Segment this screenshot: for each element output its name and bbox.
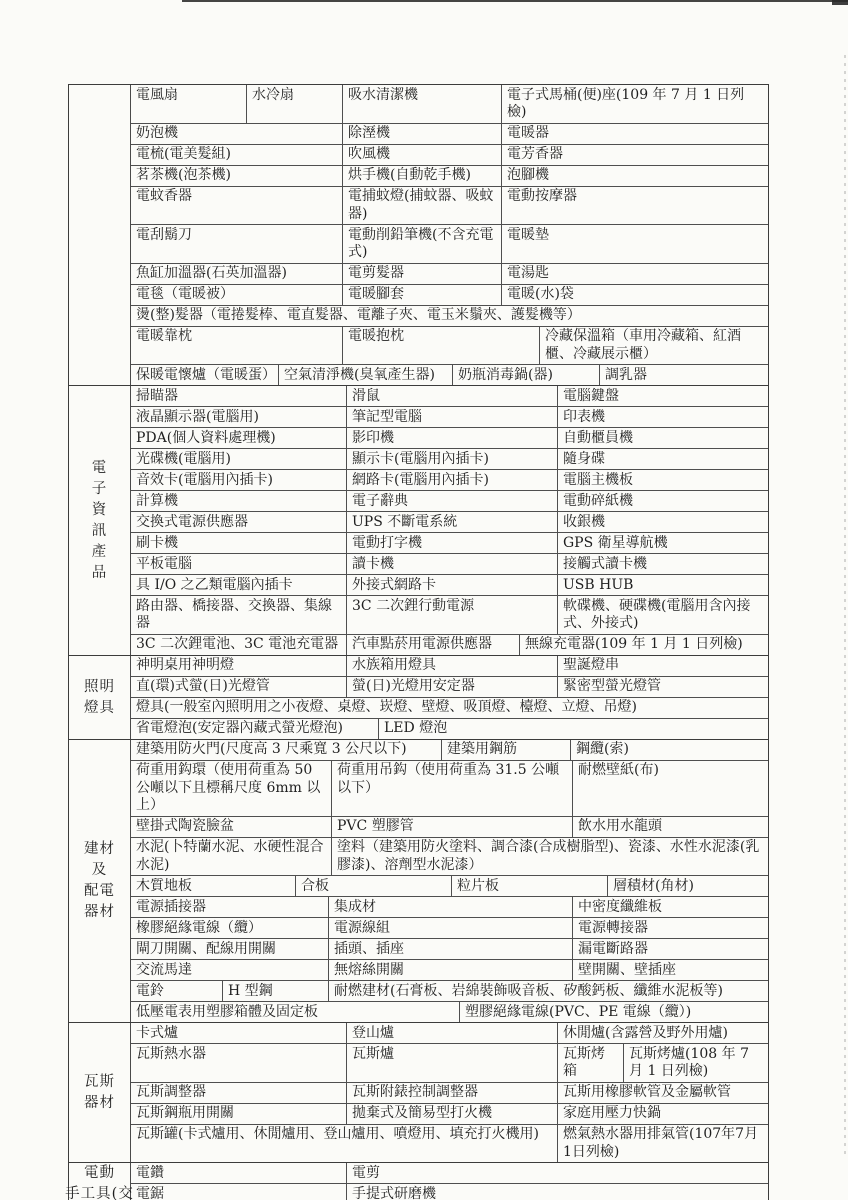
table-cell: 自動櫃員機	[557, 428, 768, 448]
table-cell: 耐燃建材(石膏板、岩綿裝飾吸音板、矽酸鈣板、纖維水泥板等)	[328, 981, 768, 1001]
table-cell: 神明桌用神明燈	[131, 656, 346, 676]
table-cell: 掃瞄器	[131, 386, 346, 406]
table-cell: 電鋸	[131, 1184, 346, 1200]
table-section: 電動手工具(交電鑽電剪電鋸手提式研磨機	[69, 1162, 768, 1200]
table-cell: 除溼機	[342, 124, 501, 144]
section-rows: 建築用防火門(尺度高 3 尺乘寬 3 公尺以下)建築用鋼筋鋼纜(索)荷重用鈎環（…	[131, 740, 768, 1023]
table-cell: 水冷扇	[246, 85, 342, 123]
table-cell: 電毯（電暖被）	[131, 285, 342, 305]
table-row: 木質地板合板粒片板層積材(角材)	[131, 875, 768, 896]
table-cell: 魚缸加溫器(石英加溫器)	[131, 264, 342, 284]
table-cell: 瓦斯烤爐(108 年 7 月 1 日列檢)	[623, 1044, 768, 1082]
table-cell: 低壓電表用塑膠箱體及固定板	[131, 1002, 459, 1022]
table-row: 卡式爐登山爐休閒爐(含露營及野外用爐)	[131, 1023, 768, 1043]
table-cell: 緊密型螢光燈管	[557, 677, 768, 697]
table-cell: 瓦斯附錶控制調整器	[346, 1083, 557, 1103]
table-row: 平板電腦讀卡機接觸式讀卡機	[131, 553, 768, 574]
table-cell: 顯示卡(電腦用內插卡)	[346, 449, 557, 469]
table-cell: 無熔絲開關	[328, 960, 572, 980]
table-cell: 空氣清淨機(臭氧產生器)	[278, 365, 452, 385]
table-row: 光碟機(電腦用)顯示卡(電腦用內插卡)隨身碟	[131, 448, 768, 469]
table-cell: 電鈴	[131, 981, 222, 1001]
table-cell: 汽車點菸用電源供應器	[346, 635, 519, 655]
section-rows: 卡式爐登山爐休閒爐(含露營及野外用爐)瓦斯熱水器瓦斯爐瓦斯烤箱瓦斯烤爐(108 …	[131, 1023, 768, 1162]
table-cell: 隨身碟	[557, 449, 768, 469]
category-label-line: 產	[92, 543, 108, 561]
table-row: 3C 二次鋰電池、3C 電池充電器汽車點菸用電源供應器無線充電器(109 年 1…	[131, 634, 768, 655]
product-table: 電風扇水冷扇吸水清潔機電子式馬桶(便)座(109 年 7 月 1 日列檢)奶泡機…	[68, 84, 769, 1200]
table-cell: 耐燃壁紙(布)	[572, 761, 768, 816]
table-cell: 電芳香器	[501, 145, 768, 165]
category-label-line: 資	[92, 501, 108, 519]
category-label-line: 瓦斯	[84, 1073, 115, 1091]
table-cell: 閘刀開關、配線用開關	[131, 939, 328, 959]
table-cell: 水泥(卜特蘭水泥、水硬性混合水泥)	[131, 838, 331, 876]
table-row: 電鑽電剪	[131, 1163, 768, 1183]
table-row: 省電燈泡(安定器內藏式螢光燈泡)LED 燈泡	[131, 718, 768, 739]
table-section: 電風扇水冷扇吸水清潔機電子式馬桶(便)座(109 年 7 月 1 日列檢)奶泡機…	[69, 85, 768, 385]
table-cell: 影印機	[346, 428, 557, 448]
table-cell: 電動削鉛筆機(不含充電式)	[342, 225, 501, 263]
table-cell: PDA(個人資料處理機)	[131, 428, 346, 448]
table-cell: 登山爐	[346, 1023, 557, 1043]
table-cell: 電暖腳套	[342, 285, 501, 305]
table-row: 茗茶機(泡茶機)烘手機(自動乾手機)泡腳機	[131, 165, 768, 186]
table-cell: 茗茶機(泡茶機)	[131, 166, 342, 186]
table-row: 保暖電懷爐（電暖蛋）空氣清淨機(臭氧產生器)奶瓶消毒鍋(器)調乳器	[131, 364, 768, 385]
table-cell: 直(環)式螢(日)光燈管	[131, 677, 346, 697]
table-section: 建材及配電器材建築用防火門(尺度高 3 尺乘寬 3 公尺以下)建築用鋼筋鋼纜(索…	[69, 739, 768, 1023]
table-row: 閘刀開關、配線用開關插頭、插座漏電斷路器	[131, 938, 768, 959]
table-row: 荷重用鈎環（使用荷重為 50 公噸以下且標稱尺度 6mm 以上）荷重用吊鈎（使用…	[131, 760, 768, 816]
table-cell: 電湯匙	[501, 264, 768, 284]
table-cell: 層積材(角材)	[607, 876, 768, 896]
table-row: 燈具(一般室內照明用之小夜燈、桌燈、崁燈、壁燈、吸頂燈、檯燈、立燈、吊燈)	[131, 697, 768, 718]
table-cell: 飲水用水龍頭	[572, 817, 768, 837]
table-cell: 交換式電源供應器	[131, 512, 346, 532]
table-cell: 聖誕燈串	[557, 656, 768, 676]
table-row: 路由器、橋接器、交換器、集線器3C 二次鋰行動電源軟碟機、硬碟機(電腦用含內接式…	[131, 595, 768, 634]
table-cell: 電源線組	[328, 918, 572, 938]
table-section: 照明燈具神明桌用神明燈水族箱用燈具聖誕燈串直(環)式螢(日)光燈管螢(日)光燈用…	[69, 655, 768, 739]
table-cell: 電刮鬍刀	[131, 225, 342, 263]
section-rows: 神明桌用神明燈水族箱用燈具聖誕燈串直(環)式螢(日)光燈管螢(日)光燈用安定器緊…	[131, 656, 768, 739]
table-cell: 外接式網路卡	[346, 575, 557, 595]
table-row: 神明桌用神明燈水族箱用燈具聖誕燈串	[131, 656, 768, 676]
table-row: 液晶顯示器(電腦用)筆記型電腦印表機	[131, 406, 768, 427]
table-cell: 電暖靠枕	[131, 327, 342, 365]
table-cell: 電動打字機	[346, 533, 557, 553]
table-cell: 滑鼠	[346, 386, 557, 406]
table-cell: 交流馬達	[131, 960, 328, 980]
table-cell: 瓦斯罐(卡式爐用、休閒爐用、登山爐用、噴燈用、填充打火機用)	[131, 1125, 557, 1163]
table-cell: 3C 二次鋰行動電源	[346, 596, 557, 634]
table-row: 電蚊香器電捕蚊燈(捕蚊器、吸蚊器)電動按摩器	[131, 186, 768, 225]
table-cell: 液晶顯示器(電腦用)	[131, 407, 346, 427]
table-cell: 壁開關、壁插座	[572, 960, 768, 980]
table-section: 瓦斯器材卡式爐登山爐休閒爐(含露營及野外用爐)瓦斯熱水器瓦斯爐瓦斯烤箱瓦斯烤爐(…	[69, 1022, 768, 1162]
table-cell: GPS 衛星導航機	[557, 533, 768, 553]
table-row: 水泥(卜特蘭水泥、水硬性混合水泥)塗料（建築用防火塗料、調合漆(合成樹脂型)、瓷…	[131, 837, 768, 876]
table-row: 電鋸手提式研磨機	[131, 1183, 768, 1200]
table-row: 低壓電表用塑膠箱體及固定板塑膠絕緣電線(PVC、PE 電線（纜）)	[131, 1001, 768, 1022]
category-cell: 電動手工具(交	[69, 1163, 131, 1200]
table-cell: 電剪	[346, 1163, 768, 1183]
table-cell: 電暖墊	[501, 225, 768, 263]
table-cell: 電鑽	[131, 1163, 346, 1183]
table-cell: 讀卡機	[346, 554, 557, 574]
table-cell: 手提式研磨機	[346, 1184, 768, 1200]
table-cell: 烘手機(自動乾手機)	[342, 166, 501, 186]
table-cell: 水族箱用燈具	[346, 656, 557, 676]
table-row: 刷卡機電動打字機GPS 衛星導航機	[131, 532, 768, 553]
table-cell: 電暖(水)袋	[501, 285, 768, 305]
table-cell: 網路卡(電腦用內插卡)	[346, 470, 557, 490]
category-label-line: 器材	[84, 903, 115, 921]
table-cell: 電蚊香器	[131, 187, 342, 225]
table-row: 奶泡機除溼機電暖器	[131, 123, 768, 144]
table-cell: 塗料（建築用防火塗料、調合漆(合成樹脂型)、瓷漆、水性水泥漆(乳膠漆)、溶劑型水…	[331, 838, 768, 876]
section-rows: 掃瞄器滑鼠電腦鍵盤液晶顯示器(電腦用)筆記型電腦印表機PDA(個人資料處理機)影…	[131, 386, 768, 655]
table-cell: 電腦主機板	[557, 470, 768, 490]
table-cell: 瓦斯爐	[346, 1044, 557, 1082]
table-cell: 刷卡機	[131, 533, 346, 553]
table-cell: 路由器、橋接器、交換器、集線器	[131, 596, 346, 634]
table-row: 電暖靠枕電暖抱枕冷藏保溫箱（車用冷藏箱、紅酒櫃、冷藏展示櫃）	[131, 326, 768, 365]
table-cell: 中密度纖維板	[572, 897, 768, 917]
table-cell: 荷重用吊鈎（使用荷重為 31.5 公噸以下）	[331, 761, 572, 816]
table-cell: 印表機	[557, 407, 768, 427]
table-cell: 省電燈泡(安定器內藏式螢光燈泡)	[131, 719, 378, 739]
table-cell: 冷藏保溫箱（車用冷藏箱、紅酒櫃、冷藏展示櫃）	[539, 327, 768, 365]
scanned-document-page: 電風扇水冷扇吸水清潔機電子式馬桶(便)座(109 年 7 月 1 日列檢)奶泡機…	[0, 0, 848, 1200]
table-cell: 電子式馬桶(便)座(109 年 7 月 1 日列檢)	[501, 85, 768, 123]
table-cell: 電動碎紙機	[557, 491, 768, 511]
table-cell: 荷重用鈎環（使用荷重為 50 公噸以下且標稱尺度 6mm 以上）	[131, 761, 331, 816]
category-cell: 建材及配電器材	[69, 740, 131, 1023]
table-cell: UPS 不斷電系統	[346, 512, 557, 532]
table-section: 電子資訊產品掃瞄器滑鼠電腦鍵盤液晶顯示器(電腦用)筆記型電腦印表機PDA(個人資…	[69, 385, 768, 655]
table-cell: 集成材	[328, 897, 572, 917]
table-cell: 泡腳機	[501, 166, 768, 186]
table-cell: 燈具(一般室內照明用之小夜燈、桌燈、崁燈、壁燈、吸頂燈、檯燈、立燈、吊燈)	[131, 698, 768, 718]
category-cell: 瓦斯器材	[69, 1023, 131, 1162]
table-cell: 調乳器	[599, 365, 768, 385]
table-cell: 吸水清潔機	[342, 85, 501, 123]
table-cell: 收銀機	[557, 512, 768, 532]
table-row: 具 I/O 之乙類電腦內插卡外接式網路卡USB HUB	[131, 574, 768, 595]
table-cell: 電源插接器	[131, 897, 328, 917]
scan-corner-artifact	[832, 0, 848, 5]
table-cell: 平板電腦	[131, 554, 346, 574]
table-cell: 電動按摩器	[501, 187, 768, 225]
table-cell: 軟碟機、硬碟機(電腦用含內接式、外接式)	[557, 596, 768, 634]
table-cell: 具 I/O 之乙類電腦內插卡	[131, 575, 346, 595]
table-row: 瓦斯鋼瓶用開關拋棄式及簡易型打火機家庭用壓力快鍋	[131, 1103, 768, 1124]
table-cell: 電剪髮器	[342, 264, 501, 284]
category-label-line: 訊	[92, 522, 108, 540]
table-cell: LED 燈泡	[378, 719, 768, 739]
table-cell: 電暖抱枕	[342, 327, 539, 365]
table-row: 瓦斯調整器瓦斯附錶控制調整器瓦斯用橡膠軟管及金屬軟管	[131, 1082, 768, 1103]
table-cell: 計算機	[131, 491, 346, 511]
table-cell: 電捕蚊燈(捕蚊器、吸蚊器)	[342, 187, 501, 225]
table-row: 電風扇水冷扇吸水清潔機電子式馬桶(便)座(109 年 7 月 1 日列檢)	[131, 85, 768, 123]
table-cell: 螢(日)光燈用安定器	[346, 677, 557, 697]
table-cell: 拋棄式及簡易型打火機	[346, 1104, 557, 1124]
table-cell: 橡膠絕緣電線（纜）	[131, 918, 328, 938]
table-cell: 瓦斯調整器	[131, 1083, 346, 1103]
table-cell: 瓦斯烤箱	[557, 1044, 623, 1082]
table-cell: 電梳(電美髮組)	[131, 145, 342, 165]
table-cell: 電源轉接器	[572, 918, 768, 938]
section-rows: 電鑽電剪電鋸手提式研磨機	[131, 1163, 768, 1200]
table-cell: 卡式爐	[131, 1023, 346, 1043]
category-label-line: 照明	[84, 678, 115, 696]
scan-streak-right	[844, 55, 846, 1155]
category-cell: 電子資訊產品	[69, 386, 131, 655]
table-cell: 漏電斷路器	[572, 939, 768, 959]
table-cell: 電腦鍵盤	[557, 386, 768, 406]
table-row: 電鈴H 型鋼耐燃建材(石膏板、岩綿裝飾吸音板、矽酸鈣板、纖維水泥板等)	[131, 980, 768, 1001]
table-row: 電梳(電美髮組)吹風機電芳香器	[131, 144, 768, 165]
table-row: 交流馬達無熔絲開關壁開關、壁插座	[131, 959, 768, 980]
table-cell: 家庭用壓力快鍋	[557, 1104, 768, 1124]
table-cell: 燃氣熱水器用排氣管(107年7月1日列檢)	[557, 1125, 768, 1163]
table-cell: 瓦斯鋼瓶用開關	[131, 1104, 346, 1124]
category-label-line: 子	[92, 480, 108, 498]
category-cell: 照明燈具	[69, 656, 131, 739]
table-row: 橡膠絕緣電線（纜）電源線組電源轉接器	[131, 917, 768, 938]
table-cell: H 型鋼	[222, 981, 328, 1001]
table-cell: 3C 二次鋰電池、3C 電池充電器	[131, 635, 346, 655]
table-row: 燙(整)髮器（電捲髮棒、電直髮器、電離子夾、電玉米鬚夾、護髮機等）	[131, 305, 768, 326]
scan-edge-top-line	[182, 0, 848, 2]
table-cell: 接觸式讀卡機	[557, 554, 768, 574]
table-row: 電毯（電暖被）電暖腳套電暖(水)袋	[131, 284, 768, 305]
table-row: 魚缸加溫器(石英加溫器)電剪髮器電湯匙	[131, 263, 768, 284]
table-cell: 光碟機(電腦用)	[131, 449, 346, 469]
category-label-line: 燈具	[84, 699, 115, 717]
section-rows: 電風扇水冷扇吸水清潔機電子式馬桶(便)座(109 年 7 月 1 日列檢)奶泡機…	[131, 85, 768, 385]
table-row: 交換式電源供應器UPS 不斷電系統收銀機	[131, 511, 768, 532]
category-label-line: 品	[92, 564, 108, 582]
table-cell: 電暖器	[501, 124, 768, 144]
table-cell: 音效卡(電腦用內插卡)	[131, 470, 346, 490]
table-cell: 電風扇	[131, 85, 246, 123]
table-cell: 吹風機	[342, 145, 501, 165]
table-cell: 奶瓶消毒鍋(器)	[452, 365, 599, 385]
category-label-line: 配電	[84, 882, 115, 900]
table-cell: PVC 塑膠管	[331, 817, 572, 837]
category-label-line: 建材	[84, 840, 115, 858]
table-cell: 休閒爐(含露營及野外用爐)	[557, 1023, 768, 1043]
table-cell: 建築用鋼筋	[441, 740, 570, 760]
table-cell: 無線充電器(109 年 1 月 1 日列檢)	[519, 635, 768, 655]
table-row: PDA(個人資料處理機)影印機自動櫃員機	[131, 427, 768, 448]
table-cell: 塑膠絕緣電線(PVC、PE 電線（纜）)	[459, 1002, 768, 1022]
table-cell: 保暖電懷爐（電暖蛋）	[131, 365, 278, 385]
table-row: 建築用防火門(尺度高 3 尺乘寬 3 公尺以下)建築用鋼筋鋼纜(索)	[131, 740, 768, 760]
table-row: 計算機電子辭典電動碎紙機	[131, 490, 768, 511]
category-label-line: 手工具(交	[65, 1185, 134, 1200]
table-cell: 燙(整)髮器（電捲髮棒、電直髮器、電離子夾、電玉米鬚夾、護髮機等）	[131, 306, 768, 326]
table-row: 壁掛式陶瓷臉盆PVC 塑膠管飲水用水龍頭	[131, 816, 768, 837]
table-cell: USB HUB	[557, 575, 768, 595]
table-cell: 電子辭典	[346, 491, 557, 511]
category-cell	[69, 85, 131, 385]
table-row: 直(環)式螢(日)光燈管螢(日)光燈用安定器緊密型螢光燈管	[131, 676, 768, 697]
table-cell: 木質地板	[131, 876, 295, 896]
table-cell: 粒片板	[451, 876, 607, 896]
table-cell: 筆記型電腦	[346, 407, 557, 427]
table-row: 電刮鬍刀電動削鉛筆機(不含充電式)電暖墊	[131, 224, 768, 263]
table-cell: 鋼纜(索)	[570, 740, 768, 760]
table-cell: 插頭、插座	[328, 939, 572, 959]
category-label-line: 電	[92, 459, 108, 477]
table-cell: 壁掛式陶瓷臉盆	[131, 817, 331, 837]
table-row: 瓦斯熱水器瓦斯爐瓦斯烤箱瓦斯烤爐(108 年 7 月 1 日列檢)	[131, 1043, 768, 1082]
table-cell: 瓦斯熱水器	[131, 1044, 346, 1082]
table-row: 電源插接器集成材中密度纖維板	[131, 896, 768, 917]
table-row: 音效卡(電腦用內插卡)網路卡(電腦用內插卡)電腦主機板	[131, 469, 768, 490]
table-cell: 合板	[295, 876, 451, 896]
table-row: 掃瞄器滑鼠電腦鍵盤	[131, 386, 768, 406]
category-label-line: 器材	[84, 1094, 115, 1112]
table-cell: 建築用防火門(尺度高 3 尺乘寬 3 公尺以下)	[131, 740, 441, 760]
table-cell: 瓦斯用橡膠軟管及金屬軟管	[557, 1083, 768, 1103]
table-cell: 奶泡機	[131, 124, 342, 144]
table-row: 瓦斯罐(卡式爐用、休閒爐用、登山爐用、噴燈用、填充打火機用)燃氣熱水器用排氣管(…	[131, 1124, 768, 1163]
category-label-line: 電動	[84, 1164, 115, 1182]
category-label-line: 及	[92, 861, 108, 879]
